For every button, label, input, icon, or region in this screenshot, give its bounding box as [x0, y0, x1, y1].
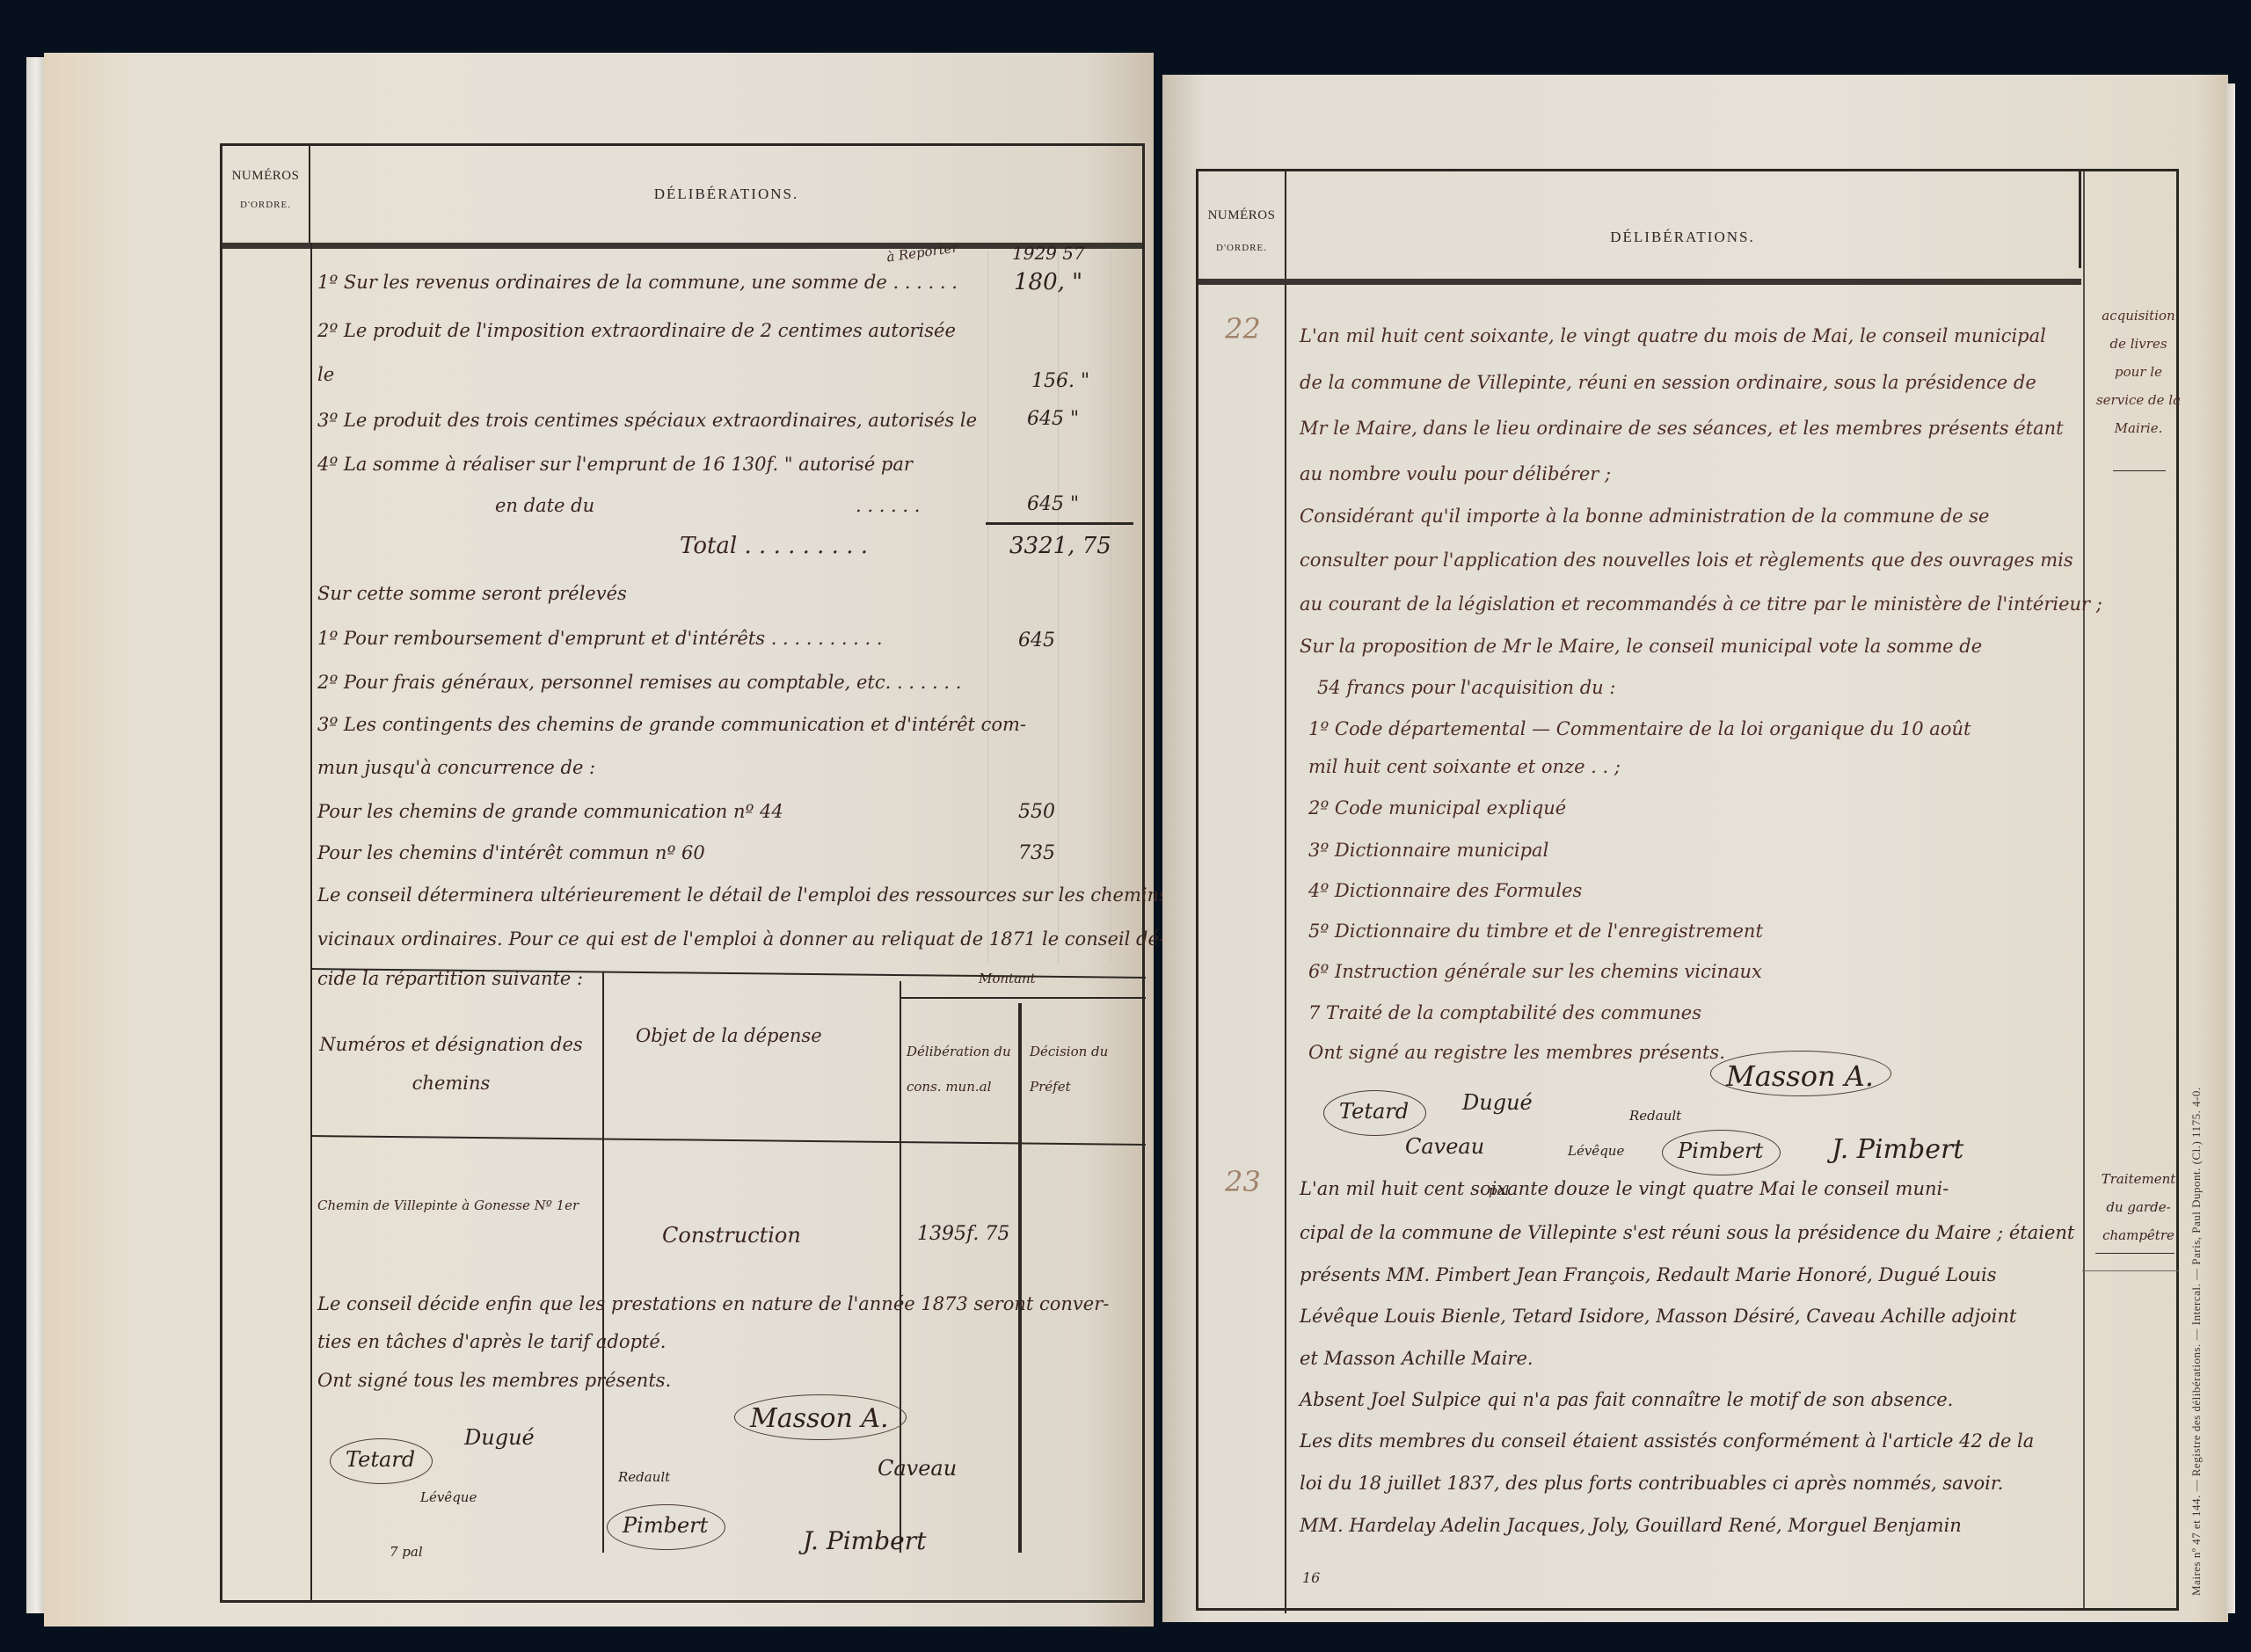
signature: Tetard: [346, 1447, 415, 1472]
header-deliberations-label: DÉLIBÉRATIONS.: [310, 186, 1142, 203]
entry-line: de la commune de Villepinte, réuni en se…: [1300, 372, 2036, 393]
montant-label: Montant: [979, 971, 1036, 986]
header-ordre: D'ORDRE.: [1198, 243, 1285, 253]
signature: Caveau: [1405, 1134, 1484, 1159]
carried-amount: 1929 57: [1012, 243, 1085, 264]
header-deliberations-label: DÉLIBÉRATIONS.: [1286, 229, 2079, 246]
entry-line: cipal de la commune de Villepinte s'est …: [1300, 1222, 2074, 1243]
entry-line: L'an mil huit cent soixante douze le vin…: [1300, 1178, 1949, 1199]
deduction-amount-4: 550: [1018, 801, 1055, 823]
table-row-chemin: Chemin de Villepinte à Gonesse Nº 1er: [317, 1183, 581, 1227]
entry-line: au courant de la législation et recomman…: [1300, 593, 2102, 615]
revenue-amount-4: 645 ": [1027, 493, 1079, 515]
margin-note: acquisition de livres pour le service de…: [2095, 302, 2182, 442]
entry-line: et Masson Achille Maire.: [1300, 1348, 1533, 1369]
signature: Tetard: [1339, 1099, 1409, 1124]
deduction-line-2: 2º Pour frais généraux, personnel remise…: [317, 672, 961, 693]
total-rule: [986, 522, 1133, 525]
signature: Pimbert: [1678, 1139, 1763, 1163]
amount-column-rule: [1111, 251, 1111, 964]
montant-brace: [900, 997, 1146, 999]
entry-line: Sur la proposition de Mr le Maire, le co…: [1300, 636, 1982, 657]
entry-line: Lévêque Louis Bienle, Tetard Isidore, Ma…: [1300, 1306, 2016, 1327]
entry-line: 2º Code municipal expliqué: [1308, 797, 1566, 819]
entry-line: Les dits membres du conseil étaient assi…: [1300, 1430, 2034, 1452]
printer-imprint: Maires nº 47 et 144. — Registre des déli…: [2189, 1087, 2204, 1596]
revenue-line-2: 2º Le produit de l'imposition extraordin…: [317, 320, 956, 341]
signature: J. Pimbert: [803, 1526, 926, 1555]
dot-leader: . . . . . .: [856, 495, 920, 516]
table-header-chemins: Numéros et désignation des chemins: [319, 1025, 583, 1103]
page-stack-edge-right: [2225, 84, 2235, 1613]
entry-line: Absent Joel Sulpice qui n'a pas fait con…: [1300, 1389, 1953, 1410]
left-page-frame: NUMÉROS D'ORDRE. DÉLIBÉRATIONS. à Report…: [220, 143, 1145, 1603]
revenue-line-4b: en date du: [495, 495, 594, 516]
deduction-line-1: 1º Pour remboursement d'emprunt et d'int…: [317, 628, 883, 649]
revenue-line-3: 3º Le produit des trois centimes spéciau…: [317, 410, 977, 431]
entry-line: 54 francs pour l'acquisition du :: [1317, 677, 1615, 698]
signature: Masson A.: [1726, 1059, 1874, 1093]
amount-column-rule: [987, 251, 988, 964]
signature: Dugué: [1462, 1090, 1533, 1115]
closing-line-1: Le conseil décide enfin que les prestati…: [317, 1293, 1109, 1314]
closing-line-2: ties en tâches d'après le tarif adopté.: [317, 1331, 666, 1352]
table-col-divider: [1018, 1003, 1022, 1553]
signature: Redault: [618, 1469, 670, 1485]
entry-line: 4º Dictionnaire des Formules: [1308, 880, 1582, 901]
entry-line: 3º Dictionnaire municipal: [1308, 840, 1548, 861]
signature: Lévêque: [1568, 1143, 1624, 1159]
deductions-intro: Sur cette somme seront prélevés: [317, 583, 627, 604]
right-page: NUMÉROS D'ORDRE. DÉLIBÉRATIONS. 22 acqui…: [1162, 75, 2228, 1622]
revenue-amount-3: 645 ": [1027, 408, 1079, 430]
entry-line: 1º Code départemental — Commentaire de l…: [1308, 718, 1971, 739]
entry-line: 5º Dictionnaire du timbre et de l'enregi…: [1308, 921, 1763, 942]
table-header-deliberation: Délibération du cons. mun.al: [907, 1034, 1016, 1104]
header-rule: [1198, 279, 2081, 285]
signature: Caveau: [878, 1456, 957, 1481]
table-row-deliberation: 1395f. 75: [917, 1223, 1009, 1245]
signature: Pimbert: [623, 1513, 708, 1538]
signature: Dugué: [464, 1425, 535, 1450]
margin-note: Traitement du garde-champêtre: [2095, 1165, 2182, 1249]
left-page: NUMÉROS D'ORDRE. DÉLIBÉRATIONS. à Report…: [44, 53, 1154, 1627]
entry-line: consulter pour l'application des nouvell…: [1300, 549, 2073, 571]
entry-line: au nombre voulu pour délibérer ;: [1300, 463, 1611, 484]
margin-note-rule: [2095, 1253, 2175, 1254]
total-label: Total . . . . . . . . .: [680, 533, 868, 559]
signature: J. Pimbert: [1832, 1134, 1963, 1165]
revenue-line-4: 4º La somme à réaliser sur l'emprunt de …: [317, 454, 913, 475]
signature: Redault: [1629, 1108, 1681, 1124]
header-numeros: NUMÉROS: [222, 169, 309, 184]
entry-line: Ont signé au registre les membres présen…: [1308, 1042, 1725, 1063]
header-numeros: NUMÉROS: [1198, 208, 1285, 223]
closing-line-3: Ont signé tous les membres présents.: [317, 1370, 671, 1391]
table-header-objet: Objet de la dépense: [636, 1025, 822, 1046]
header-rule: [222, 243, 1142, 249]
deduction-line-3: 3º Les contingents des chemins de grande…: [317, 714, 1026, 735]
paragraph-line-1: Le conseil déterminera ultérieurement le…: [317, 884, 1169, 906]
page-number: 16: [1302, 1569, 1320, 1586]
entry-line: loi du 18 juillet 1837, des plus forts c…: [1300, 1473, 2003, 1494]
signature: Masson A.: [750, 1403, 889, 1434]
deduction-line-4: Pour les chemins de grande communication…: [317, 801, 783, 822]
header-numeros-ordre: NUMÉROS D'ORDRE.: [222, 146, 310, 243]
right-page-frame: NUMÉROS D'ORDRE. DÉLIBÉRATIONS. 22 acqui…: [1196, 169, 2179, 1611]
entry-line: présents MM. Pimbert Jean François, Reda…: [1300, 1264, 1997, 1285]
entry-line: L'an mil huit cent soixante, le vingt qu…: [1300, 325, 2046, 346]
signature: Lévêque: [420, 1489, 477, 1505]
header-ordre: D'ORDRE.: [222, 200, 309, 210]
entry-line: 6º Instruction générale sur les chemins …: [1308, 961, 1762, 982]
table-col-divider: [602, 972, 604, 1553]
entry-line: Considérant qu'il importe à la bonne adm…: [1300, 506, 1990, 527]
header-deliberations: DÉLIBÉRATIONS.: [1286, 171, 2081, 268]
revenue-amount-2: 156. ": [1031, 370, 1089, 392]
entry-line: Mr le Maire, dans le lieu ordinaire de s…: [1300, 418, 2064, 439]
table-row-objet: Construction: [662, 1223, 801, 1248]
paragraph-line-2: vicinaux ordinaires. Pour ce qui est de …: [317, 928, 1165, 950]
revenue-line-1: 1º Sur les revenus ordinaires de la comm…: [317, 272, 958, 293]
deduction-amount-1: 645: [1018, 630, 1055, 651]
header-deliberations: DÉLIBÉRATIONS.: [310, 146, 1142, 243]
total-amount: 3321, 75: [1009, 533, 1111, 559]
entry-line: MM. Hardelay Adelin Jacques, Joly, Gouil…: [1300, 1515, 1962, 1536]
margin-note-rule: [2082, 1270, 2179, 1271]
revenue-amount-1: 180, ": [1014, 269, 1082, 295]
deduction-line-5: Pour les chemins d'intérêt commun nº 60: [317, 842, 705, 863]
margin-column-divider: [2083, 171, 2085, 1608]
entry-line: 7 Traité de la comptabilité des communes: [1308, 1002, 1701, 1023]
margin-note-rule: [2113, 470, 2166, 471]
number-column-divider: [310, 243, 312, 1600]
amount-column-rule: [1058, 251, 1059, 964]
deduction-line-3b: mun jusqu'à concurrence de :: [317, 757, 595, 778]
table-header-decision: Décision du Préfet: [1030, 1034, 1135, 1104]
entry-number: 23: [1225, 1165, 1261, 1198]
revenue-line-2b: le: [317, 364, 334, 385]
entry-number: 22: [1225, 312, 1261, 346]
header-numeros-ordre: NUMÉROS D'ORDRE.: [1198, 171, 1286, 1613]
entry-line: mil huit cent soixante et onze . . ;: [1308, 756, 1621, 777]
initials: 7 pal: [390, 1544, 423, 1560]
open-register-book: NUMÉROS D'ORDRE. DÉLIBÉRATIONS. à Report…: [26, 48, 2225, 1631]
deduction-amount-5: 735: [1018, 842, 1055, 864]
